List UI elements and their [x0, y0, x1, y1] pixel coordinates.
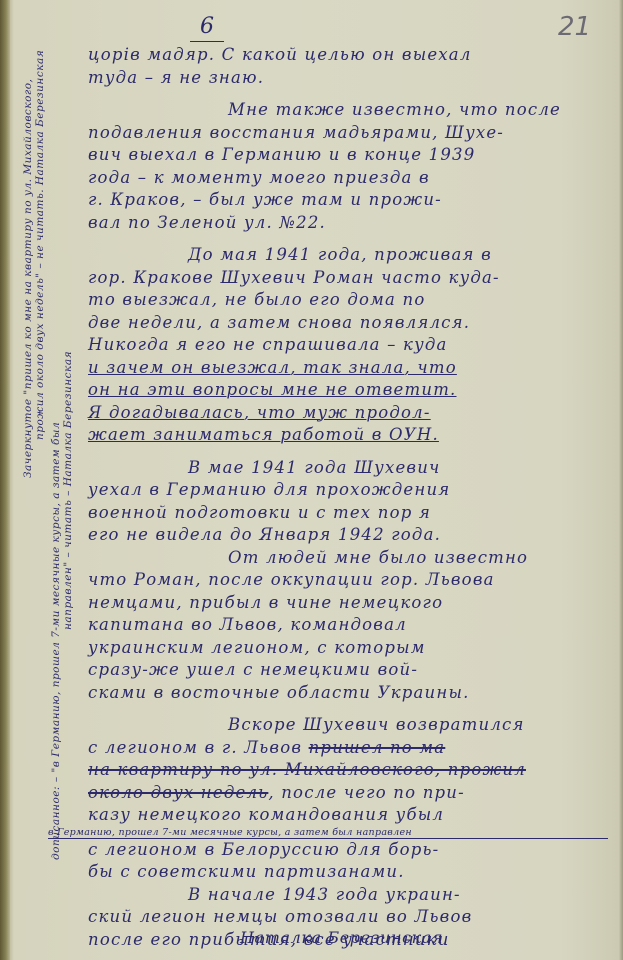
text-line: гор. Кракове Шухевич Роман часто куда- [88, 267, 608, 290]
text-line: военной подготовки и с тех пор я [88, 502, 608, 525]
text-fragment: с легионом в г. Львов [88, 738, 302, 757]
margin-note-1: Зачеркнутое "пришел ко мне на квартиру п… [22, 79, 34, 478]
text-line: его не видела до Января 1942 года. [88, 524, 608, 547]
text-line: Мне также известно, что после [88, 99, 608, 122]
text-line: что Роман, после оккупации гор. Львова [88, 569, 608, 592]
text-line: украинским легионом, с которым [88, 637, 608, 660]
text-line: бы с советскими партизанами. [88, 861, 608, 884]
struck-text: пришел по ма [309, 738, 446, 757]
text-line: капитана во Львов, командовал [88, 614, 608, 637]
text-fragment: , после чего по при- [268, 783, 465, 802]
text-line: уехал в Германию для прохождения [88, 479, 608, 502]
page-number: 6 [190, 14, 224, 42]
text-line: Вскоре Шухевич возвратился [88, 714, 608, 737]
underlined-line: жает заниматься работой в ОУН. [88, 424, 608, 447]
text-line: с легионом в г. Львов пришел по ма [88, 737, 608, 760]
text-line: До мая 1941 года, проживая в [88, 244, 608, 267]
underlined-line: и зачем он выезжал, так знала, что [88, 357, 608, 380]
text-line: года – к моменту моего приезда в [88, 167, 608, 190]
text-line: туда – я не знаю. [88, 67, 608, 90]
struck-text: около двух недель [88, 783, 268, 802]
interlinear-insertion: в Германию, прошел 7-ми месячные курсы, … [48, 827, 608, 839]
text-line: В начале 1943 года украин- [88, 884, 608, 907]
text-line: немцами, прибыл в чине немецкого [88, 592, 608, 615]
margin-note-4: направлен" – читать – Наталка Березинска… [62, 351, 74, 630]
text-line: казу немецкого командования убыл [88, 804, 608, 827]
text-line: сразу-же ушел с немецкими вой- [88, 659, 608, 682]
text-line: две недели, а затем снова появлялся. [88, 312, 608, 335]
page-edge [619, 0, 623, 960]
struck-line: на квартиру по ул. Михайловского, прожил [88, 759, 608, 782]
handwritten-body: цорів мадяр. С какой целью он выехал туд… [88, 44, 608, 951]
text-line: сками в восточные области Украины. [88, 682, 608, 705]
text-line: От людей мне было известно [88, 547, 608, 570]
text-line: то выезжал, не было его дома по [88, 289, 608, 312]
text-line: Никогда я его не спрашивала – куда [88, 334, 608, 357]
underlined-line: Я догадывалась, что муж продол- [88, 402, 608, 425]
text-line: с легионом в Белоруссию для борь- [88, 839, 608, 862]
margin-note-2: прожил около двух недель" – не читать. Н… [34, 50, 46, 440]
text-line: цорів мадяр. С какой целью он выехал [88, 44, 608, 67]
text-line: В мае 1941 года Шухевич [88, 457, 608, 480]
text-line: подавления восстания мадьярами, Шухе- [88, 122, 608, 145]
text-line: около двух недель, после чего по при- [88, 782, 608, 805]
text-line: г. Краков, – был уже там и прожи- [88, 189, 608, 212]
text-line: вич выехал в Германию и в конце 1939 [88, 144, 608, 167]
binding-edge [0, 0, 10, 960]
sheet-number: 21 [558, 12, 591, 42]
text-line: ский легион немцы отозвали во Львов [88, 906, 608, 929]
document-page: 6 21 Зачеркнутое "пришел ко мне на кварт… [0, 0, 623, 960]
margin-note-3: дописанное: – "в Германию, прошел 7-ми м… [50, 422, 62, 860]
underlined-line: он на эти вопросы мне не ответит. [88, 379, 608, 402]
signature: Наталка Березинская [240, 928, 443, 947]
text-line: вал по Зеленой ул. №22. [88, 212, 608, 235]
